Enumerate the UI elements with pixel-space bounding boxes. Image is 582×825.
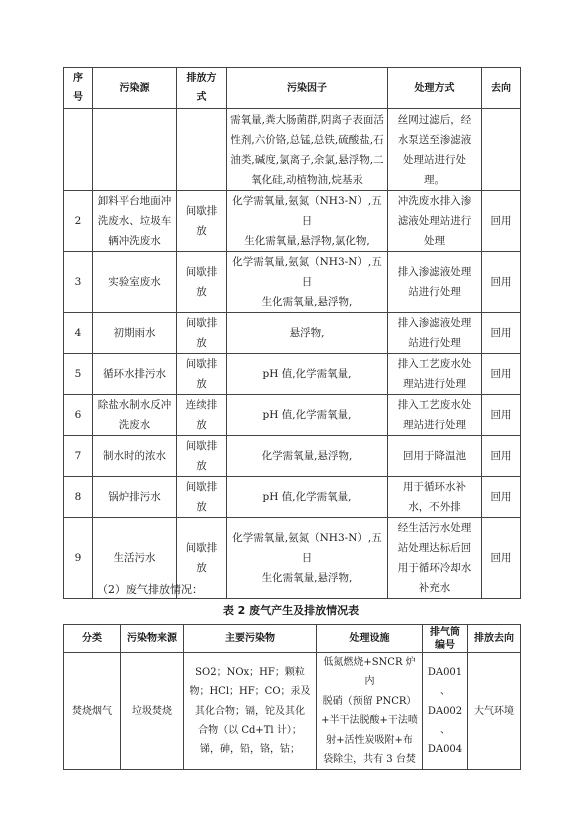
cell-destination: 回用 — [482, 252, 521, 313]
cell-no: 3 — [64, 252, 93, 313]
col-header-stack-no: 排气筒 编号 — [423, 625, 468, 653]
cell-no: 7 — [64, 436, 93, 477]
cell-mode: 间歇排 放 — [177, 252, 227, 313]
cell-treatment: 排入渗滤液处理 站进行处理 — [388, 313, 482, 354]
col-header-mode: 排放方 式 — [177, 68, 227, 109]
table-header-row: 序 号 污染源 排放方 式 污染因子 处理方式 去向 — [64, 68, 521, 109]
cell-source: 循环水排污水 — [93, 354, 177, 395]
cell-factors: pH 值,化学需氧量, — [227, 395, 388, 436]
cell-facilities: 低氮燃烧+SNCR 炉内 脱硝（预留 PNCR） +半干法脱酸+干法喷 射+活性… — [317, 653, 423, 770]
section-heading: （2）废气排放情况： — [97, 581, 203, 597]
cell-no: 2 — [64, 191, 93, 252]
cell-mode: 间歇排 放 — [177, 191, 227, 252]
cell-treatment: 经生活污水处理 站处理达标后回 用于循环冷却水 补充水 — [388, 518, 482, 599]
cell-destination: 回用 — [482, 313, 521, 354]
cell-pollutants: SO2；NOx；HF；颗粒 物；HCl；HF；CO；汞及 其化合物；镉，铊及其化… — [184, 653, 317, 770]
cell-category: 焚烧烟气 — [64, 653, 121, 770]
cell-mode — [177, 109, 227, 191]
cell-factors: 化学需氧量,氨氮（NH3-N）,五日 生化需氧量,悬浮物, — [227, 518, 388, 599]
cell-mode: 间歇排 放 — [177, 477, 227, 518]
table-row: 4 初期雨水 间歇排 放 悬浮物, 排入渗滤液处理 站进行处理 回用 — [64, 313, 521, 354]
cell-destination — [482, 109, 521, 191]
cell-treatment: 回用于降温池 — [388, 436, 482, 477]
cell-mode: 间歇排 放 — [177, 313, 227, 354]
col-header-source: 污染源 — [93, 68, 177, 109]
table-row: 7 制水时的浓水 间歇排 放 化学需氧量,悬浮物, 回用于降温池 回用 — [64, 436, 521, 477]
table-row: 焚烧烟气 垃圾焚烧 SO2；NOx；HF；颗粒 物；HCl；HF；CO；汞及 其… — [64, 653, 521, 770]
cell-factors: 悬浮物, — [227, 313, 388, 354]
cell-source — [93, 109, 177, 191]
table-row: 6 除盐水制水反冲 洗废水 连续排 放 pH 值,化学需氧量, 排入工艺废水处 … — [64, 395, 521, 436]
cell-destination: 回用 — [482, 477, 521, 518]
cell-destination: 回用 — [482, 191, 521, 252]
table-caption: 表 2 废气产生及排放情况表 — [0, 602, 582, 618]
cell-factors: 需氧量,粪大肠菌群,阴离子表面活 性剂,六价铬,总锰,总铁,硫酸盐,石 油类,碱… — [227, 109, 388, 191]
cell-no: 8 — [64, 477, 93, 518]
cell-destination: 回用 — [482, 518, 521, 599]
col-header-treatment: 处理方式 — [388, 68, 482, 109]
col-header-no: 序 号 — [64, 68, 93, 109]
cell-no: 5 — [64, 354, 93, 395]
cell-source: 锅炉排污水 — [93, 477, 177, 518]
table-row: 2 卸料平台地面冲 洗废水、垃圾车 辆冲洗废水 间歇排 放 化学需氧量,氨氮（N… — [64, 191, 521, 252]
cell-factors: 化学需氧量,氨氮（NH3-N）,五日 生化需氧量,悬浮物,氯化物, — [227, 191, 388, 252]
cell-no: 6 — [64, 395, 93, 436]
cell-factors: pH 值,化学需氧量, — [227, 477, 388, 518]
cell-mode: 连续排 放 — [177, 395, 227, 436]
cell-treatment: 用于循环水补 水，不外排 — [388, 477, 482, 518]
col-header-facilities: 处理设施 — [317, 625, 423, 653]
table-row-continuation: 需氧量,粪大肠菌群,阴离子表面活 性剂,六价铬,总锰,总铁,硫酸盐,石 油类,碱… — [64, 109, 521, 191]
table-header-row: 分类 污染物来源 主要污染物 处理设施 排气筒 编号 排放去向 — [64, 625, 521, 653]
col-header-pollutants: 主要污染物 — [184, 625, 317, 653]
cell-source: 初期雨水 — [93, 313, 177, 354]
cell-no — [64, 109, 93, 191]
cell-source: 制水时的浓水 — [93, 436, 177, 477]
cell-source: 除盐水制水反冲 洗废水 — [93, 395, 177, 436]
cell-treatment: 冲洗废水排入渗 滤液处理站进行 处理 — [388, 191, 482, 252]
cell-factors: 化学需氧量,氨氮（NH3-N）,五日 生化需氧量,悬浮物, — [227, 252, 388, 313]
col-header-destination: 排放去向 — [468, 625, 521, 653]
cell-destination: 回用 — [482, 436, 521, 477]
table-row: 8 锅炉排污水 间歇排 放 pH 值,化学需氧量, 用于循环水补 水，不外排 回… — [64, 477, 521, 518]
cell-treatment: 排入渗滤液处理 站进行处理 — [388, 252, 482, 313]
cell-destination: 回用 — [482, 354, 521, 395]
cell-destination: 回用 — [482, 395, 521, 436]
cell-source: 卸料平台地面冲 洗废水、垃圾车 辆冲洗废水 — [93, 191, 177, 252]
table-row: 5 循环水排污水 间歇排 放 pH 值,化学需氧量, 排入工艺废水处 理站进行处… — [64, 354, 521, 395]
cell-source: 实验室废水 — [93, 252, 177, 313]
cell-factors: pH 值,化学需氧量, — [227, 354, 388, 395]
cell-factors: 化学需氧量,悬浮物, — [227, 436, 388, 477]
table-row: 3 实验室废水 间歇排 放 化学需氧量,氨氮（NH3-N）,五日 生化需氧量,悬… — [64, 252, 521, 313]
cell-source: 垃圾焚烧 — [121, 653, 184, 770]
cell-mode: 间歇排 放 — [177, 354, 227, 395]
cell-mode: 间歇排 放 — [177, 436, 227, 477]
exhaust-gas-table: 分类 污染物来源 主要污染物 处理设施 排气筒 编号 排放去向 焚烧烟气 垃圾焚… — [63, 624, 521, 770]
col-header-category: 分类 — [64, 625, 121, 653]
wastewater-table: 序 号 污染源 排放方 式 污染因子 处理方式 去向 需氧量,粪大肠菌群,阴离子… — [63, 67, 521, 599]
col-header-source: 污染物来源 — [121, 625, 184, 653]
col-header-destination: 去向 — [482, 68, 521, 109]
col-header-factors: 污染因子 — [227, 68, 388, 109]
cell-stack-no: DA001 、 DA002 、 DA004 — [423, 653, 468, 770]
cell-no: 4 — [64, 313, 93, 354]
cell-treatment: 排入工艺废水处 理站进行处理 — [388, 395, 482, 436]
cell-no: 9 — [64, 518, 93, 599]
cell-treatment: 丝网过滤后，经 水泵送至渗滤液 处理站进行处 理。 — [388, 109, 482, 191]
cell-treatment: 排入工艺废水处 理站进行处理 — [388, 354, 482, 395]
cell-destination: 大气环境 — [468, 653, 521, 770]
